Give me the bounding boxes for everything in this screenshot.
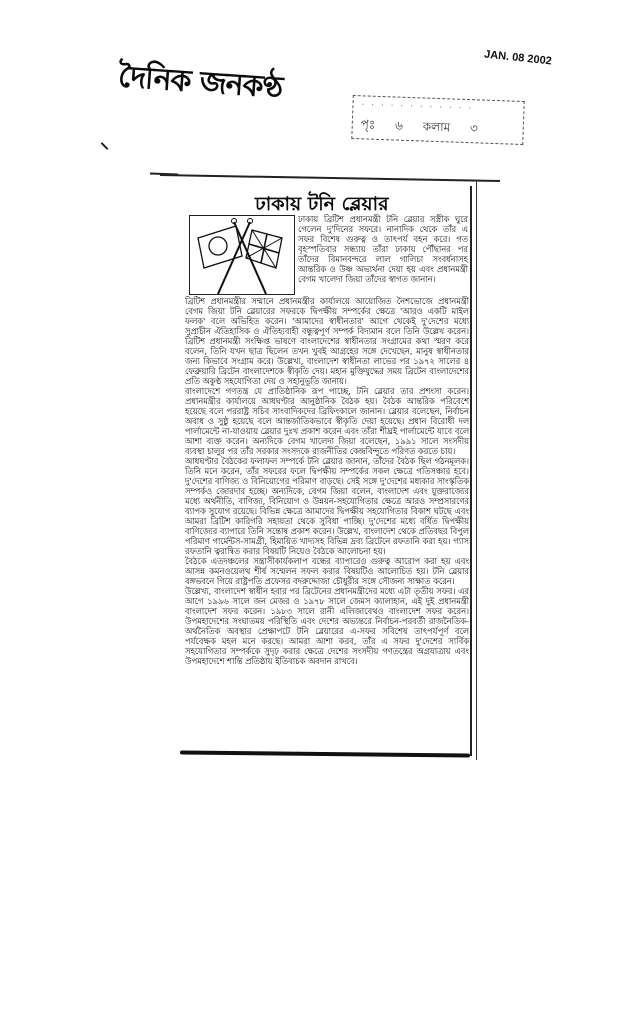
- clipping-right-border-outer: [476, 180, 477, 760]
- clipping-info-box: · · · · · · · · · · · · পৃঃ ৬ কলাম ৩: [351, 95, 524, 145]
- column-value: ৩: [470, 121, 478, 135]
- newspaper-masthead: দৈনিক জনকণ্ঠ: [116, 52, 284, 114]
- clipping-right-border: [470, 186, 472, 756]
- clipping-box-fields: পৃঃ ৬ কলাম ৩: [360, 116, 494, 141]
- clipping-bottom-border: [180, 750, 470, 757]
- scan-mark: [101, 142, 109, 150]
- article-paragraph: বৈঠকে এতদঞ্চলের সন্ত্রাসীকার্যকলাপ বন্ধে…: [185, 556, 469, 586]
- article-paragraph: ব্রিটিশ প্রধানমন্ত্রীর সম্মানে প্রধানমন্…: [185, 296, 469, 386]
- flags-icon: [190, 216, 294, 294]
- crossed-flags-illustration: [189, 215, 295, 295]
- intro-paragraph: ঢাকায় ব্রিটিশ প্রধানমন্ত্রী টনি ব্লেয়া…: [298, 214, 468, 284]
- page-value: ৬: [395, 119, 403, 133]
- article-paragraph: উল্লেখ্য, বাংলাদেশ স্বাধীন হবার পর ব্রিট…: [185, 586, 469, 666]
- article-paragraph: বাংলাদেশে গণতন্ত্র যে প্রাতিষ্ঠানিক রূপ …: [185, 386, 469, 456]
- page-label: পৃঃ: [361, 117, 376, 131]
- clipping-box-header: · · · · · · · · · · · ·: [361, 100, 473, 114]
- column-label: কলাম: [423, 119, 451, 134]
- article-paragraph: আধঘণ্টার বৈঠকের ফলাফল সম্পর্কে টনি ব্লেয…: [185, 456, 469, 556]
- date-stamp: JAN. 08 2002: [484, 48, 553, 67]
- article-body: ব্রিটিশ প্রধানমন্ত্রীর সম্মানে প্রধানমন্…: [185, 296, 469, 666]
- clipping-top-border: [160, 174, 500, 182]
